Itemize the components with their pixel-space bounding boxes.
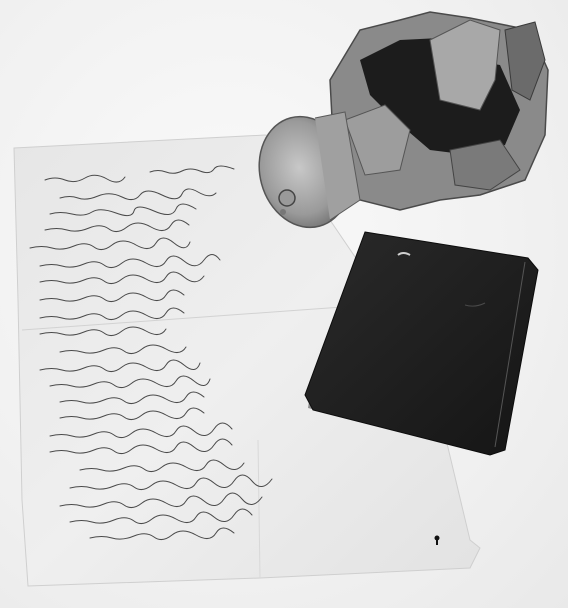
lid-valve: [279, 190, 295, 206]
photo-illustration: [0, 0, 568, 608]
photograph: black-and-white archival photograph: [0, 0, 568, 608]
metal-canister: [247, 12, 548, 238]
